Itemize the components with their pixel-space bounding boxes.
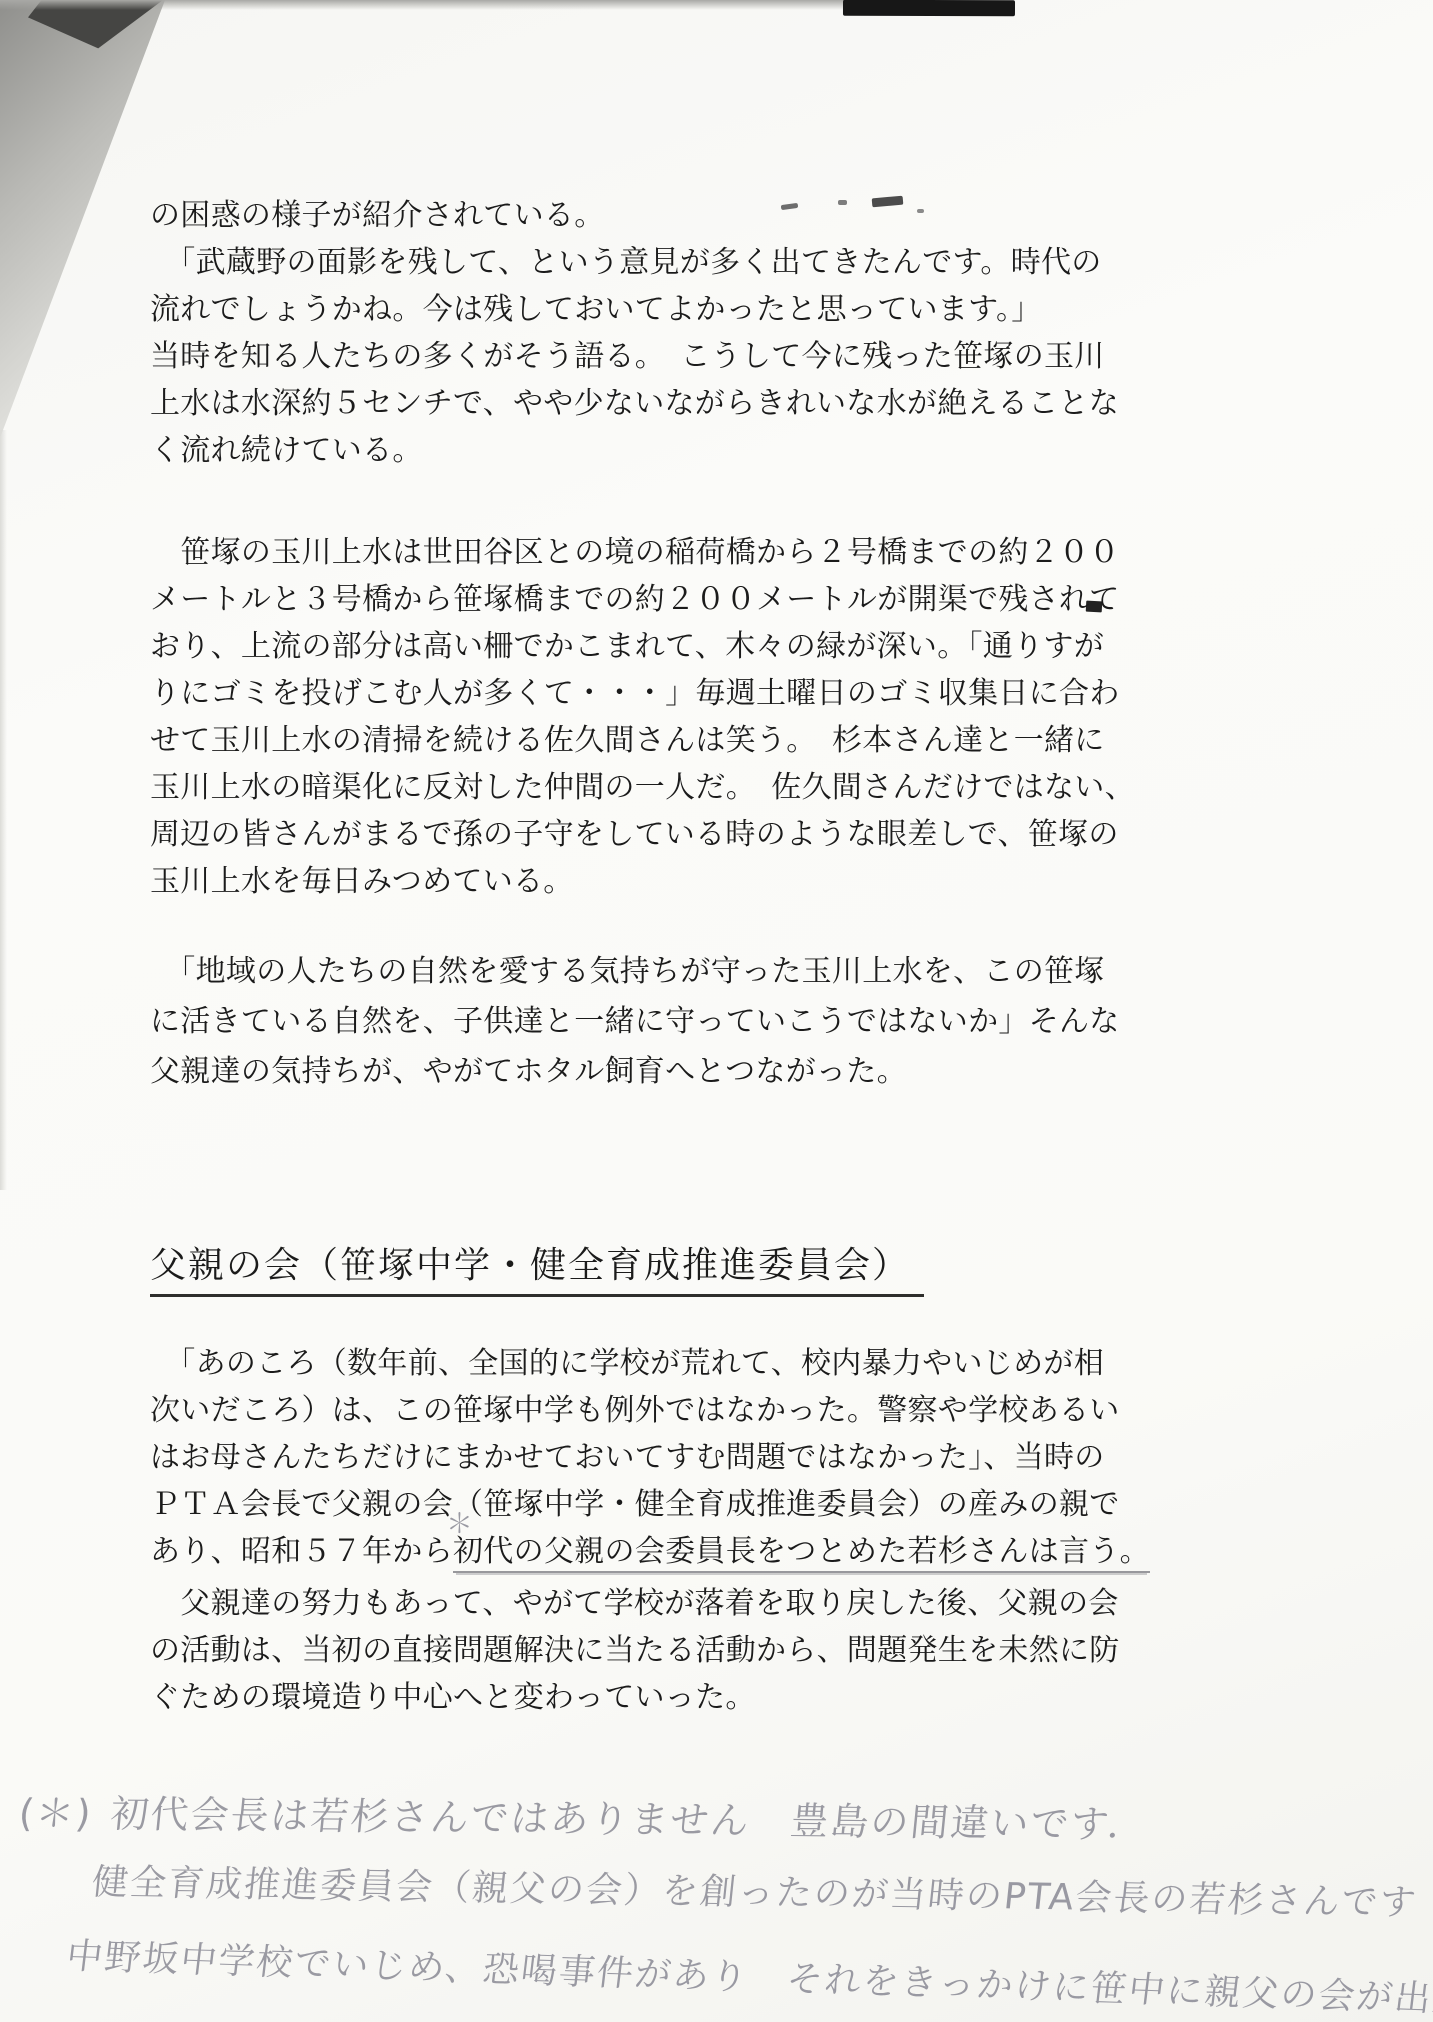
- handwritten-note-line-2: 健全育成推進委員会（親父の会）を創ったのが当時のPTA会長の若杉さんです: [90, 1854, 1421, 1926]
- typed-line: 父親達の努力もあって、やがて学校が落着を取り戻した後、父親の会: [150, 1580, 1120, 1627]
- typed-line-with-pencil-underline: あり、昭和５７年から初代の父親の会委員長をつとめた若杉さんは言う。: [150, 1528, 1150, 1575]
- handwritten-asterisk-marker: (＊): [17, 1791, 95, 1836]
- handwritten-note-line-1: (＊)初代会長は若杉さんではありません 豊島の間違いです．: [17, 1782, 1151, 1849]
- typed-line: 当時を知る人たちの多くがそう語る。 こうして今に残った笹塚の玉川: [150, 333, 1119, 380]
- scanned-document-page: の困惑の様子が紹介されている。 「武蔵野の面影を残して、という意見が多く出てきた…: [0, 0, 1433, 2022]
- paragraph-4: 「あのころ（数年前、全国的に学校が荒れて、校内暴力やいじめが相 次いだころ）は、…: [150, 1340, 1150, 1575]
- left-edge-scan-shadow: [0, 430, 7, 1190]
- typed-line: メートルと３号橋から笹塚橋までの約２００メートルが開渠で残されて: [150, 576, 1135, 623]
- typed-line: の活動は、当初の直接問題解決に当たる活動から、問題発生を未然に防: [150, 1627, 1120, 1674]
- typed-line: 笹塚の玉川上水は世田谷区との境の稲荷橋から２号橋までの約２００: [150, 529, 1135, 576]
- typed-line: 「武蔵野の面影を残して、という意見が多く出てきたんです。時代の: [150, 239, 1119, 286]
- paragraph-3: 「地域の人たちの自然を愛する気持ちが守った玉川上水を、この笹塚 に活きている自然…: [150, 947, 1120, 1097]
- typed-line: 「あのころ（数年前、全国的に学校が荒れて、校内暴力やいじめが相: [150, 1340, 1150, 1387]
- handwritten-asterisk-mark: ＊: [446, 1500, 473, 1542]
- typed-line: ＰＴＡ会長で父親の会（笹塚中学・健全育成推進委員会）の産みの親で: [150, 1481, 1150, 1528]
- section-heading: 父親の会（笹塚中学・健全育成推進委員会）: [150, 1240, 924, 1297]
- typed-line: おり、上流の部分は高い柵でかこまれて、木々の緑が深い。「通りすが: [150, 623, 1135, 670]
- handwritten-note-text: 初代会長は若杉さんではありません 豊島の間違いです．: [108, 1792, 1149, 1847]
- typed-line: 父親達の気持ちが、やがてホタル飼育へとつながった。: [150, 1047, 1120, 1097]
- top-edge-scan-shadow: [0, 0, 852, 10]
- top-right-black-scan-mark: [843, 0, 1015, 16]
- typed-line: 「地域の人たちの自然を愛する気持ちが守った玉川上水を、この笹塚: [150, 947, 1120, 997]
- typed-line: 玉川上水を毎日みつめている。: [150, 858, 1135, 905]
- typed-line: に活きている自然を、子供達と一緒に守っていこうではないか」そんな: [150, 997, 1120, 1047]
- typed-line: 周辺の皆さんがまるで孫の子守をしている時のような眼差しで、笹塚の: [150, 811, 1135, 858]
- typed-line: 流れでしょうかね。今は残しておいてよかったと思っています。」: [150, 286, 1119, 333]
- pencil-underlined-segment: 初代の父親の会委員長をつとめた若杉さんは言う。: [453, 1535, 1150, 1573]
- typed-line-segment: あり、昭和５７年から: [150, 1535, 453, 1568]
- typed-line: 玉川上水の暗渠化に反対した仲間の一人だ。 佐久間さんだけではない、: [150, 764, 1135, 811]
- paragraph-4-continued: 父親達の努力もあって、やがて学校が落着を取り戻した後、父親の会 の活動は、当初の…: [150, 1580, 1120, 1721]
- typed-line: く流れ続けている。: [150, 427, 1119, 474]
- typed-line: はお母さんたちだけにまかせておいてすむ問題ではなかった」、当時の: [150, 1434, 1150, 1481]
- typed-line: の困惑の様子が紹介されている。: [150, 192, 1119, 239]
- typed-line: ぐための環境造り中心へと変わっていった。: [150, 1674, 1120, 1721]
- typed-line: せて玉川上水の清掃を続ける佐久間さんは笑う。 杉本さん達と一緒に: [150, 717, 1135, 764]
- typed-line: りにゴミを投げこむ人が多くて・・・」毎週土曜日のゴミ収集日に合わ: [150, 670, 1135, 717]
- typed-line: 上水は水深約５センチで、やや少ないながらきれいな水が絶えることな: [150, 380, 1119, 427]
- paragraph-2: 笹塚の玉川上水は世田谷区との境の稲荷橋から２号橋までの約２００ メートルと３号橋…: [150, 529, 1135, 905]
- handwritten-note-line-3: 中野坂中学校でいじめ、恐喝事件があり それをきっかけに笹中に親父の会が出来ました…: [64, 1928, 1433, 2022]
- typed-line: 次いだころ）は、この笹塚中学も例外ではなかった。警察や学校あるい: [150, 1387, 1150, 1434]
- paragraph-1: の困惑の様子が紹介されている。 「武蔵野の面影を残して、という意見が多く出てきた…: [150, 192, 1119, 474]
- corner-fold-shadow: [0, 0, 165, 438]
